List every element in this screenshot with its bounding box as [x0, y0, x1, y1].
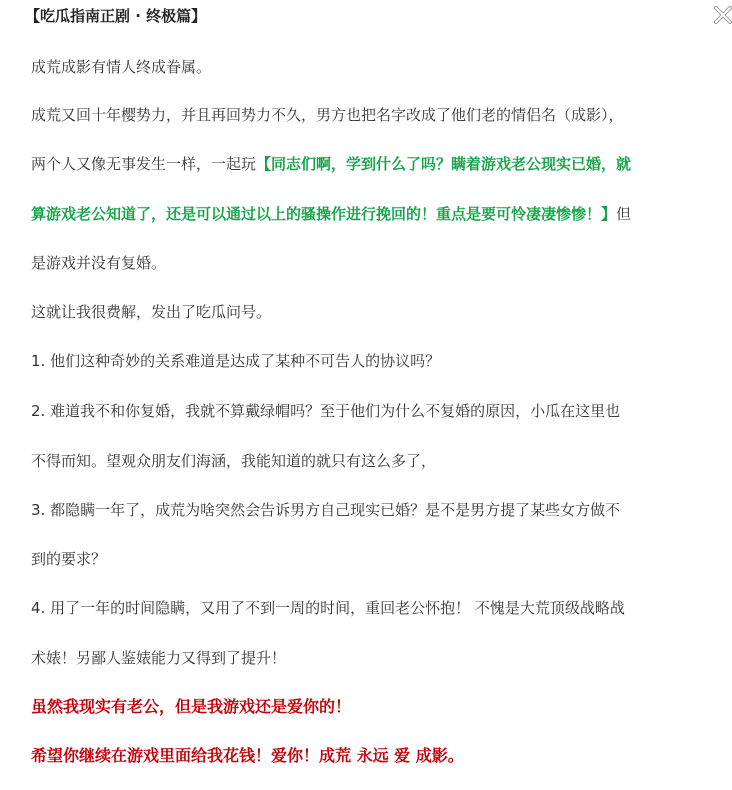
red-highlight-line: 虽然我现实有老公，但是我游戏还是爱你的！ [31, 697, 351, 717]
paragraph-line: 成荒又回十年樱势力，并且再回势力不久，男方也把名字改成了他们老的情侣名（成影）， [31, 105, 624, 125]
paragraph-line: 两个人又像无事发生一样，一起玩【同志们啊，学到什么了吗？瞒着游戏老公现实已婚，就 [31, 154, 631, 174]
question-4-cont: 术婊！另鄙人鉴婊能力又得到了提升！ [31, 648, 286, 668]
paragraph-line: 算游戏老公知道了，还是可以通过以上的骚操作进行挽回的！重点是要可怜凄凄惨惨！】但 [31, 204, 631, 224]
article-title: 【吃瓜指南正剧 · 终极篇】 [25, 5, 206, 26]
question-3: 3. 都隐瞒一年了，成荒为啥突然会告诉男方自己现实已婚？是不是男方提了某些女方做… [31, 500, 620, 520]
question-2-cont: 不得而知。望观众朋友们海涵，我能知道的就只有这么多了， [31, 451, 436, 471]
close-icon [712, 4, 732, 26]
question-1: 1. 他们这种奇妙的关系难道是达成了某种不可告人的协议吗？ [31, 351, 440, 371]
paragraph-line: 这就让我很费解，发出了吃瓜问号。 [31, 302, 271, 322]
question-4: 4. 用了一年的时间隐瞒，又用了不到一周的时间，重回老公怀抱！ 不愧是大荒顶级战… [31, 598, 625, 618]
paragraph-line: 是游戏并没有复婚。 [31, 253, 166, 273]
close-button[interactable] [712, 4, 732, 26]
plain-text: 但 [616, 205, 631, 223]
question-2: 2. 难道我不和你复婚，我就不算戴绿帽吗？至于他们为什么不复婚的原因，小瓜在这里… [31, 401, 620, 421]
paragraph-intro: 成荒成影有情人终成眷属。 [31, 57, 211, 77]
green-highlight-text: 【同志们啊，学到什么了吗？瞒着游戏老公现实已婚，就 [256, 155, 631, 173]
plain-text: 两个人又像无事发生一样，一起玩 [31, 155, 256, 173]
question-3-cont: 到的要求？ [31, 549, 106, 569]
green-highlight-text: 算游戏老公知道了，还是可以通过以上的骚操作进行挽回的！重点是要可怜凄凄惨惨！】 [31, 205, 616, 223]
red-highlight-line: 希望你继续在游戏里面给我花钱！爱你！成荒 永远 爱 成影。 [31, 746, 464, 766]
